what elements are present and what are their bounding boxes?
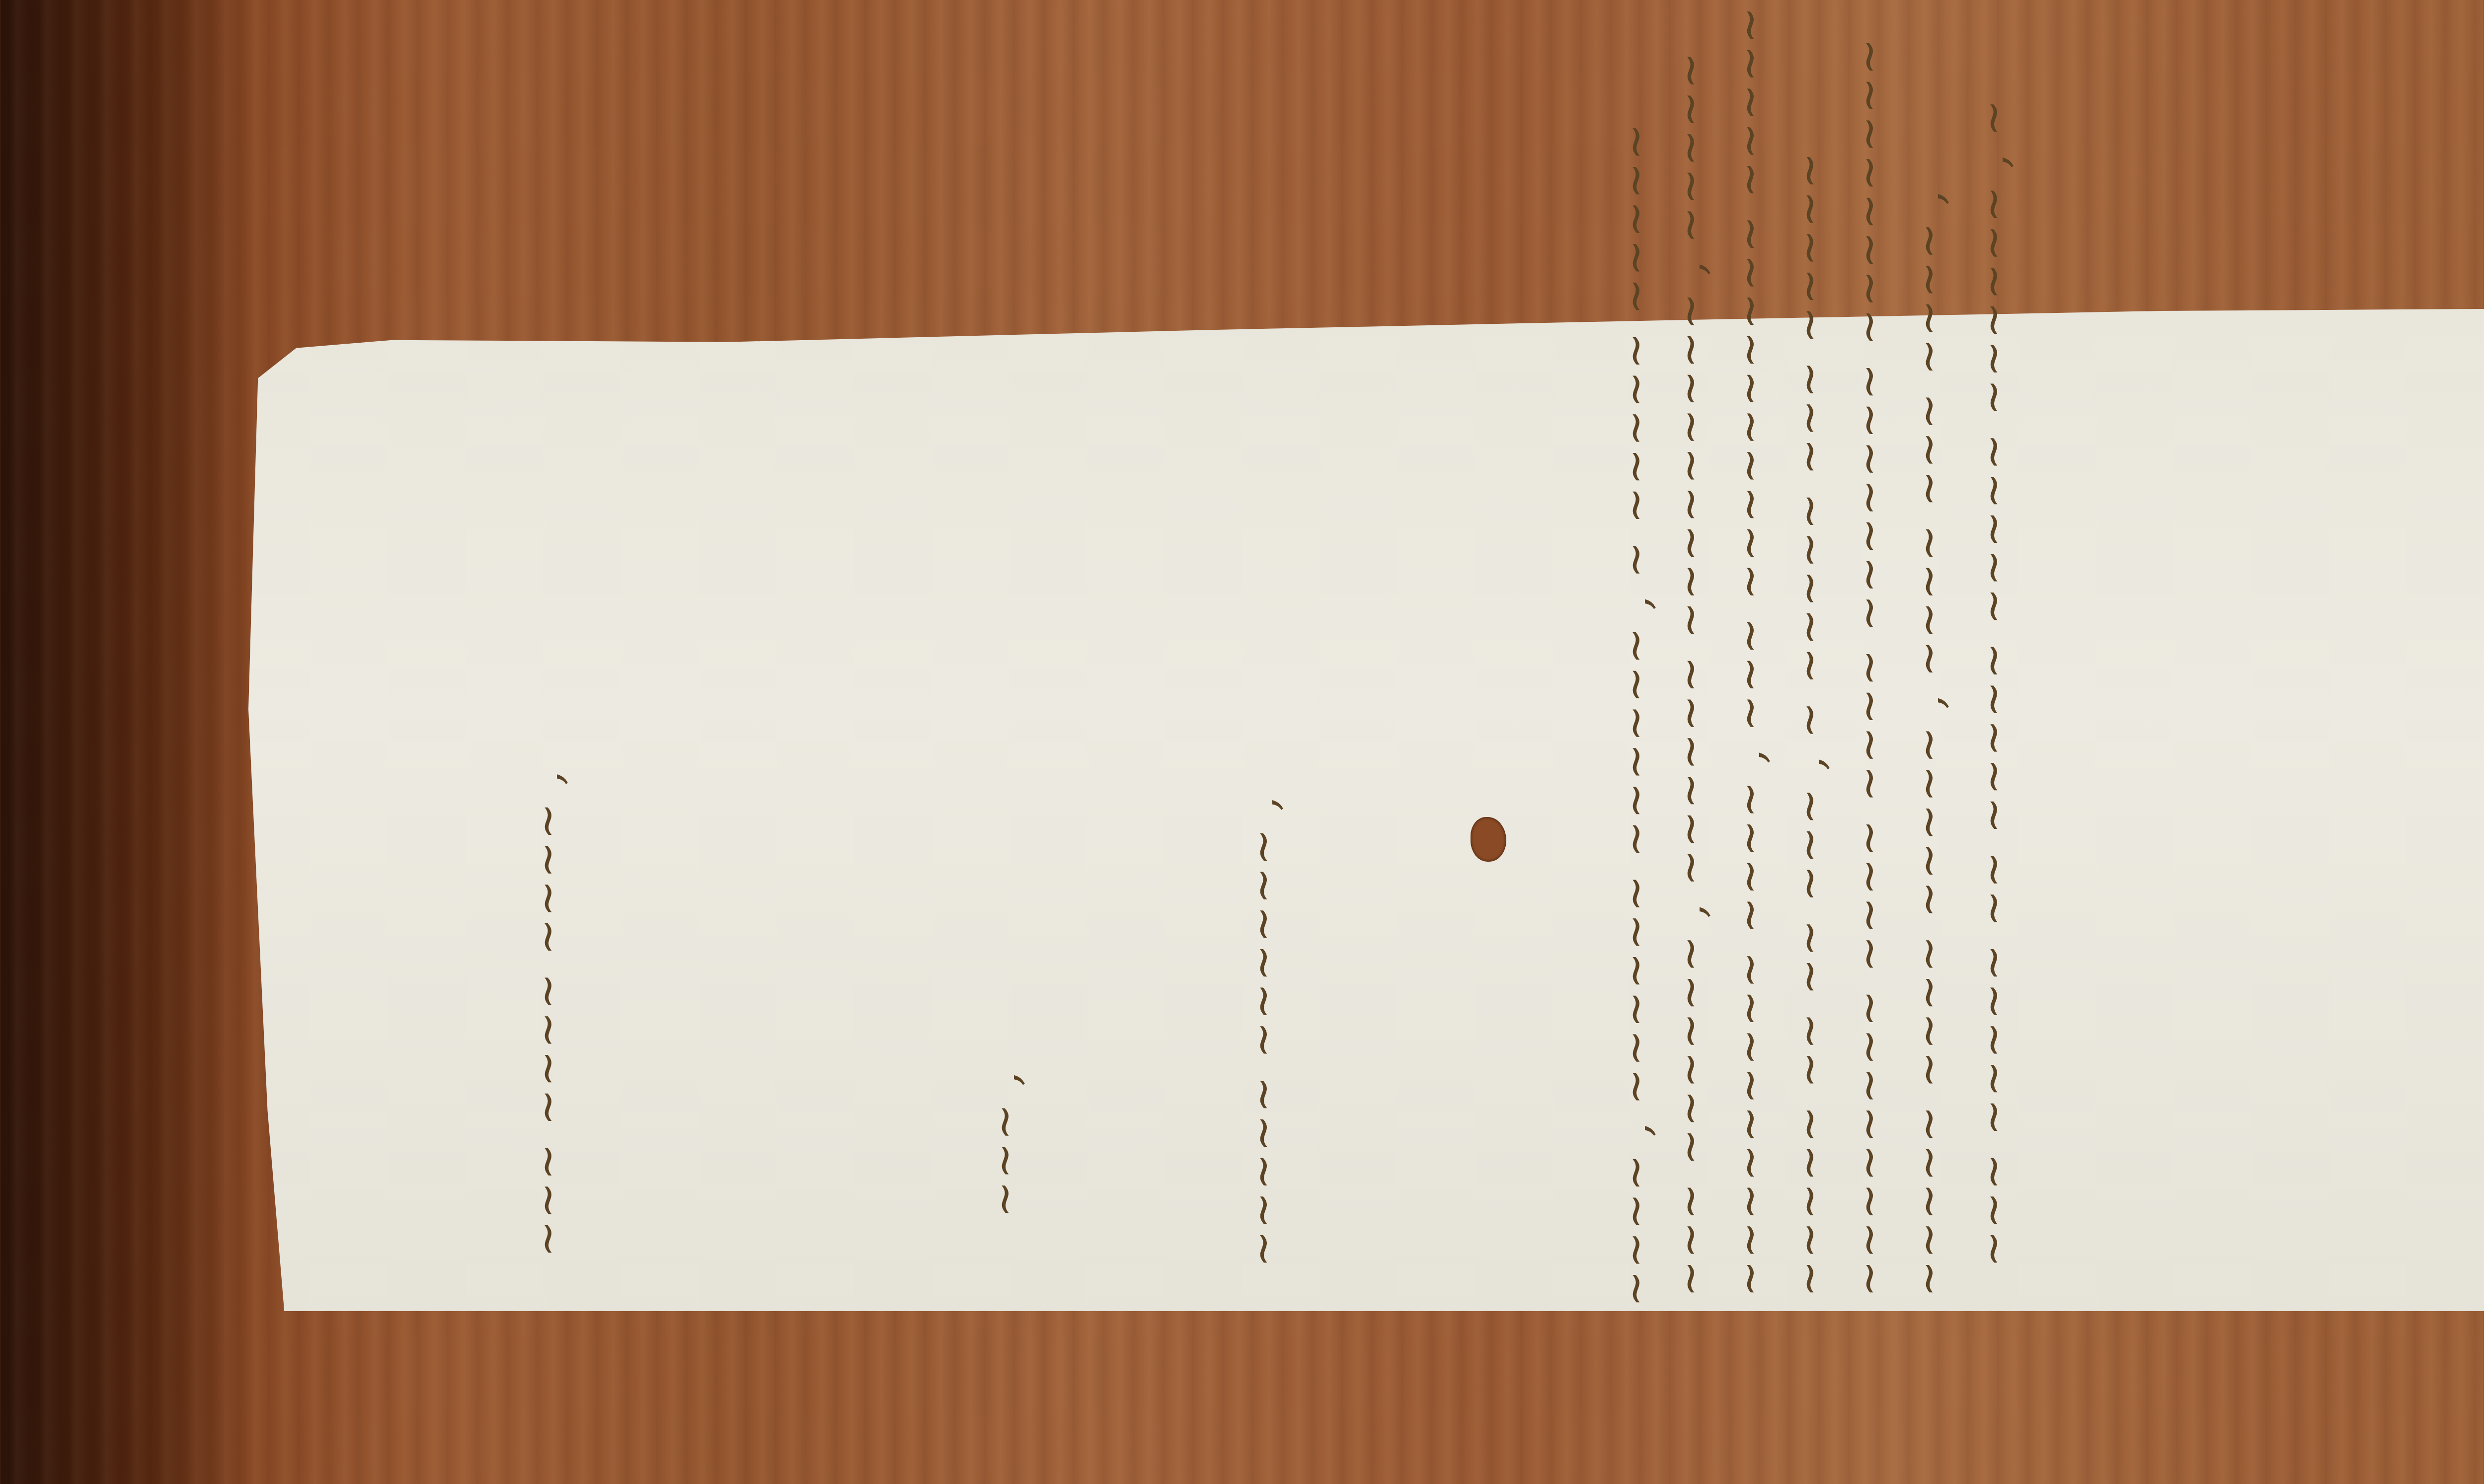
text-line: ~~~~ , ~~~~~~ ~~~~~~ , ~ ~~~~~ ~~~~~	[1609, 122, 1660, 1307]
text-line: ~~~~~ ~~ ~~ ~~~ , ~ ~~~~~ ~~~ ~~~~~	[1783, 150, 1834, 1297]
annotation-heading: ~~~ ~~~~ ~~~~ ,	[521, 769, 572, 1258]
text-line: ~~~~~~~~ ~~~~ ~~~~ ~~~~~~~ ~~~~~~~~	[1843, 37, 1894, 1297]
text-line: ~~~~~~~~~ ~~~~ , ~~~ ~~~~~~~~~~ ~~~~~	[1723, 5, 1775, 1297]
text-line: ~~~ ~~~~~ ~~ ~~~~~ ~~~~~ ~~~~~~ , ~	[1967, 98, 2018, 1267]
text-line: ~~~~~ ~~~~ ~~~~~ , ~~~~ ~~~ ~~~~ ,	[1902, 189, 1953, 1297]
annotation-note: ~~~ ,	[978, 1070, 1029, 1217]
annotation-note: ~~~~~ ~~~~~~ ,	[1237, 795, 1288, 1267]
text-line: ~~~ ~~~~~~ , ~~~~~~ ~~~~~~~~~ , ~~~~~	[1664, 50, 1715, 1297]
manuscript-leaf	[248, 308, 2484, 1311]
paper-hole	[1471, 817, 1506, 862]
